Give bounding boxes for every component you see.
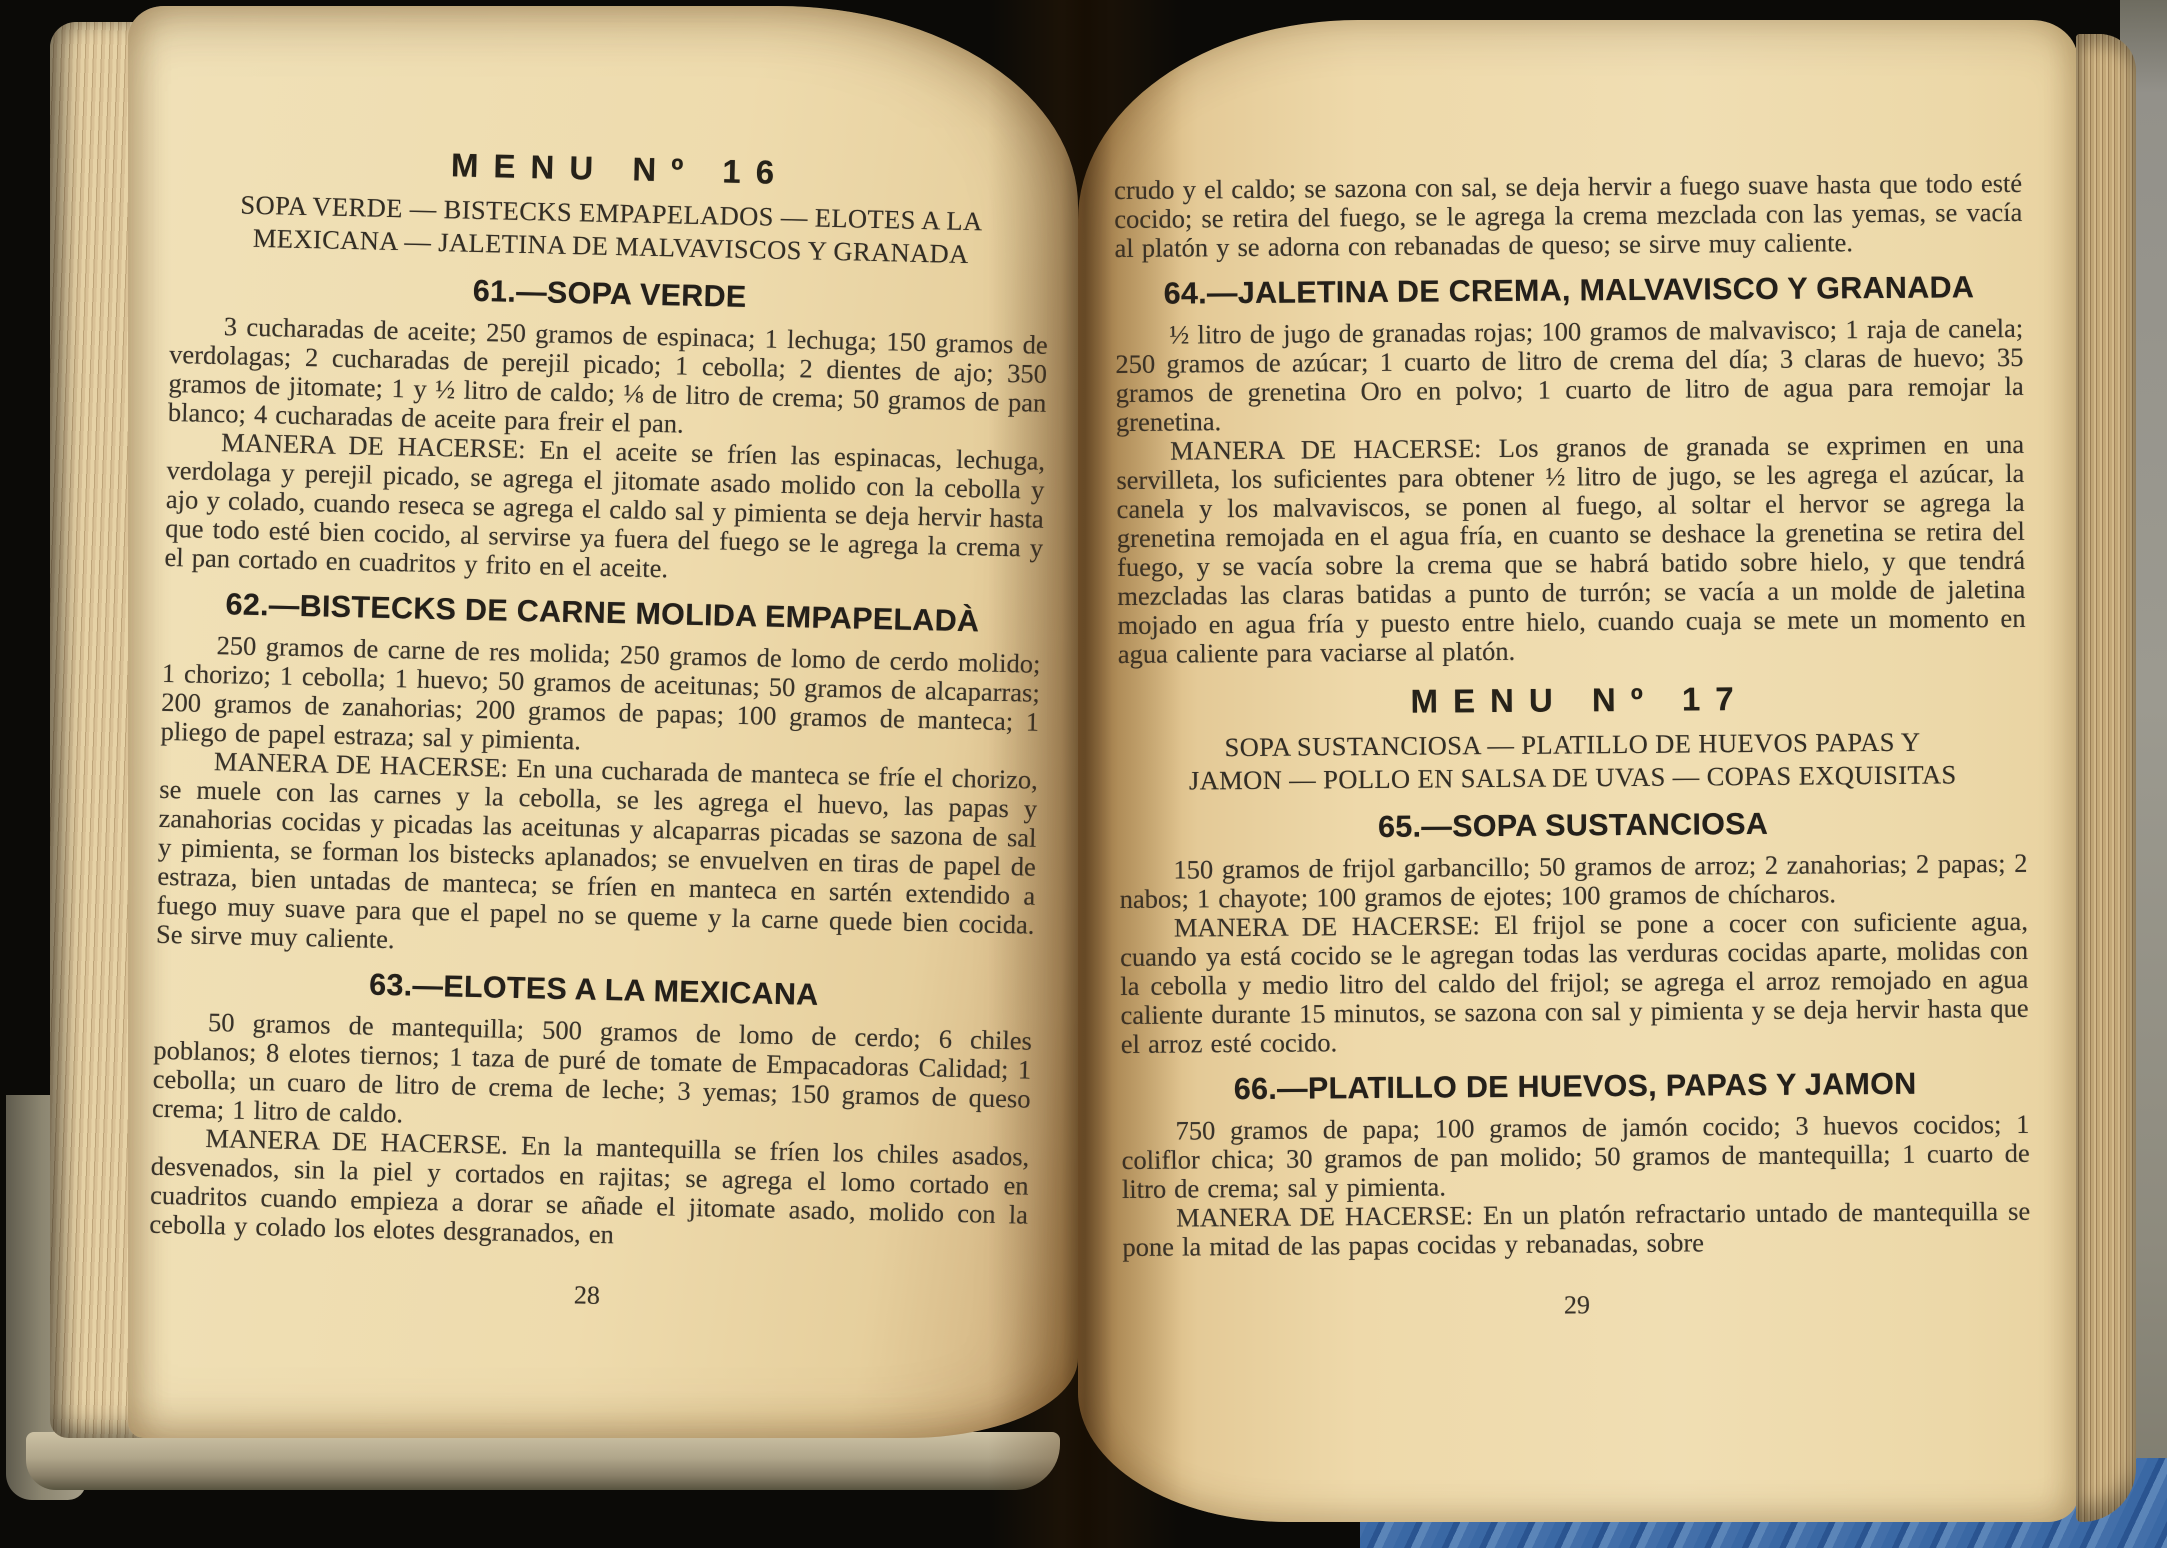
- recipe-63-ingredients: 50 gramos de mantequilla; 500 gramos de …: [152, 1007, 1032, 1143]
- page-number-29: 29: [1123, 1287, 2031, 1323]
- recipe-63-continuation: crudo y el caldo; se sazona con sal, se …: [1114, 169, 2023, 263]
- recipe-61-ingredients: 3 cucharadas de aceite; 250 gramos de es…: [168, 311, 1048, 447]
- recipe-64-ingredients: ½ litro de jugo de granadas rojas; 100 g…: [1115, 314, 2024, 437]
- page-29: crudo y el caldo; se sazona con sal, se …: [1078, 20, 2078, 1522]
- recipe-66-heading: 66.—PLATILLO DE HUEVOS, PAPAS Y JAMON: [1121, 1069, 2029, 1105]
- recipe-64-heading: 64.—JALETINA DE CREMA, MALVAVISCO Y GRAN…: [1115, 273, 2023, 309]
- recipe-62-heading: 62.—BISTECKS DE CARNE MOLIDA EMPAPELADÀ: [163, 589, 1041, 638]
- book-fore-edge: [2076, 34, 2136, 1522]
- recipe-66-ingredients: 750 gramos de papa; 100 gramos de jamón …: [1121, 1110, 2030, 1204]
- recipe-63-heading: 63.—ELOTES A LA MEXICANA: [155, 966, 1033, 1015]
- recipe-65-preparation: MANERA DE HACERSE: El frijol se pone a c…: [1120, 907, 2029, 1059]
- recipe-65-heading: 65.—SOPA SUSTANCIOSA: [1119, 808, 2027, 844]
- page-29-text-column: crudo y el caldo; se sazona con sal, se …: [1114, 169, 2031, 1323]
- menu-17-title: MENU Nº 17: [1118, 682, 2026, 718]
- menu-17-subtitle-line-2: JAMON — POLLO EN SALSA DE UVAS — COPAS E…: [1119, 758, 2027, 798]
- recipe-66-preparation: MANERA DE HACERSE: En un platón refracta…: [1122, 1197, 2030, 1262]
- recipe-63-preparation: MANERA DE HACERSE. En la mantequilla se …: [149, 1123, 1029, 1259]
- recipe-62-ingredients: 250 gramos de carne de res molida; 250 g…: [160, 630, 1040, 766]
- menu-16-title: MENU Nº 16: [173, 144, 1051, 193]
- page-28: MENU Nº 16 SOPA VERDE — BISTECKS EMPAPEL…: [128, 6, 1078, 1438]
- recipe-61-heading: 61.—SOPA VERDE: [170, 270, 1048, 319]
- recipe-64-preparation: MANERA DE HACERSE: Los granos de granada…: [1116, 430, 2026, 669]
- page-number-28: 28: [148, 1271, 1026, 1320]
- page-28-text-column: MENU Nº 16 SOPA VERDE — BISTECKS EMPAPEL…: [148, 144, 1052, 1320]
- recipe-65-ingredients: 150 gramos de frijol garbancillo; 50 gra…: [1119, 849, 2027, 914]
- recipe-62-preparation: MANERA DE HACERSE: En una cucharada de m…: [156, 746, 1038, 969]
- recipe-61-preparation: MANERA DE HACERSE: En el aceite se fríen…: [164, 427, 1045, 592]
- bottom-cover-edge: [26, 1432, 1060, 1490]
